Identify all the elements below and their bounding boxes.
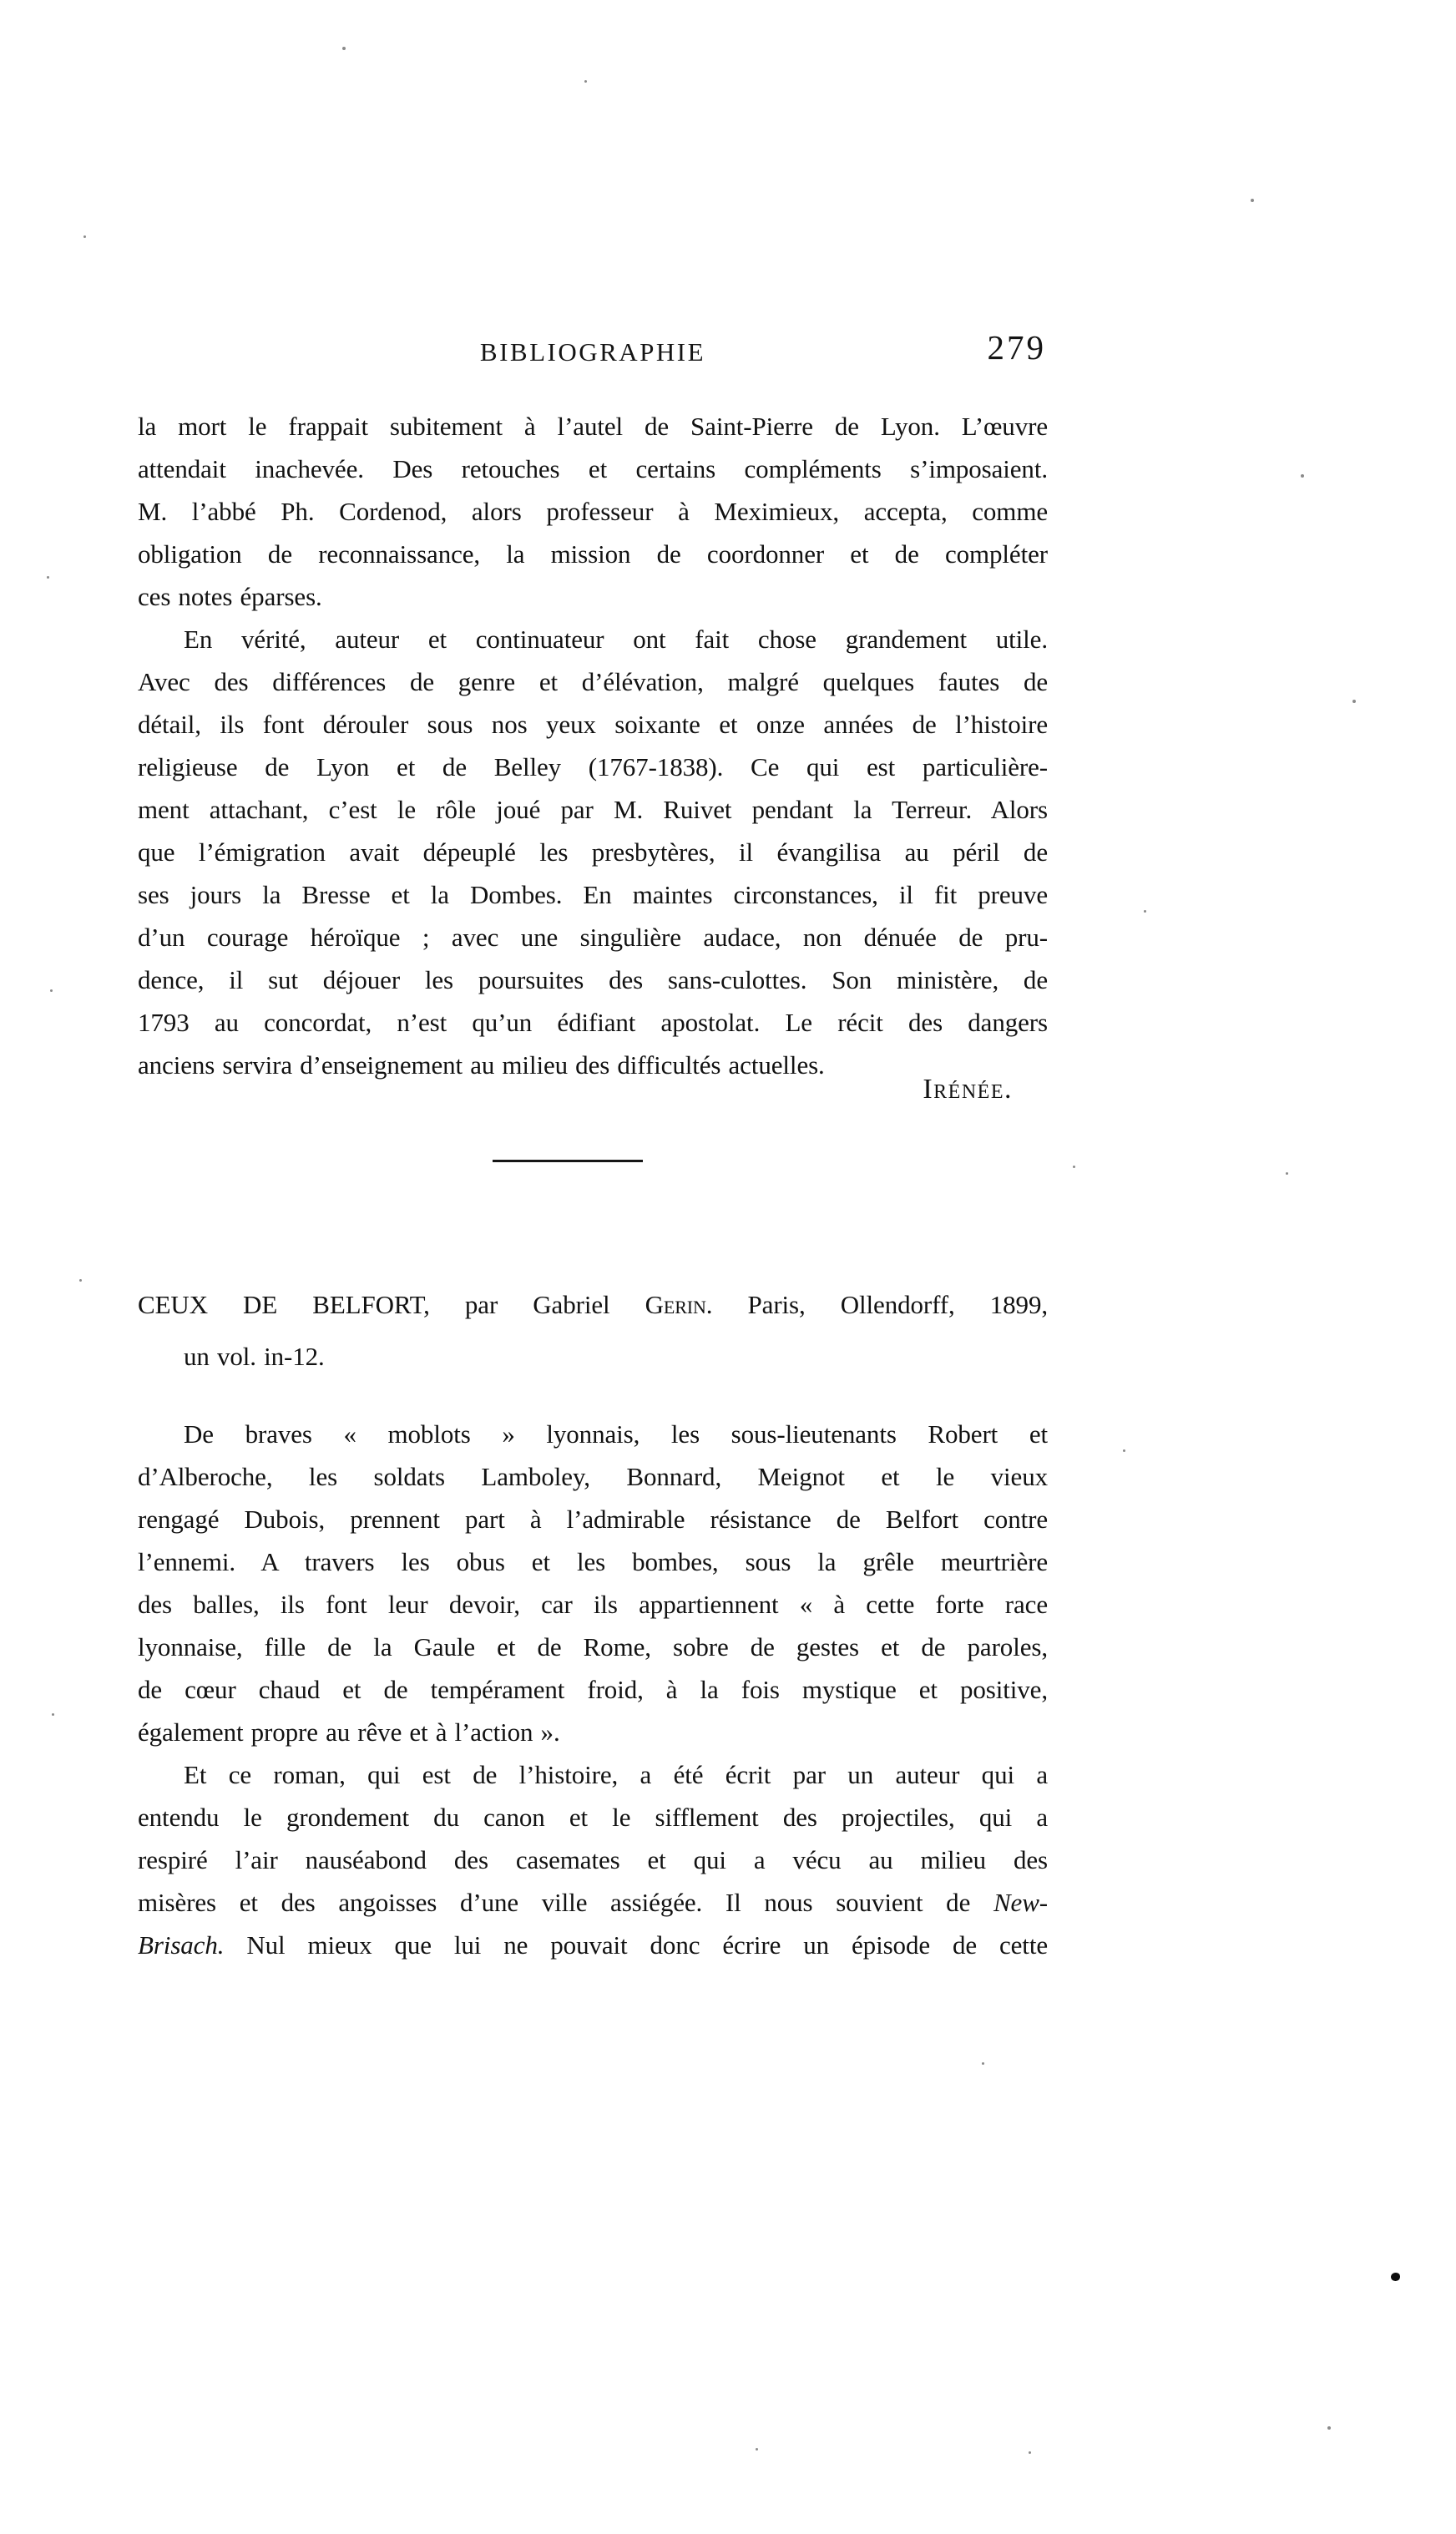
- page-number: 279: [988, 327, 1047, 367]
- section-divider-rule: [493, 1160, 643, 1162]
- scan-speck: [1073, 1166, 1075, 1168]
- text-line: dence, il sut déjouer les poursuites des…: [138, 958, 1048, 1001]
- scan-speck: [50, 989, 53, 992]
- publisher-and-year: . Paris, Ollendorff, 1899,: [706, 1290, 1048, 1319]
- scan-speck: [1301, 474, 1304, 478]
- text-line: ces notes éparses.: [138, 575, 1048, 618]
- scan-speck: [584, 80, 587, 83]
- review-text-block: De braves « moblots » lyonnais, les sous…: [138, 1413, 1048, 1966]
- review-text-block: la mort le frappait subitement à l’autel…: [138, 405, 1048, 1086]
- text-line: d’Alberoche, les soldats Lamboley, Bonna…: [138, 1455, 1048, 1498]
- text-line: la mort le frappait subitement à l’autel…: [138, 405, 1048, 448]
- scan-speck: [79, 1279, 82, 1282]
- text-line: Et ce roman, qui est de l’histoire, a ét…: [138, 1753, 1048, 1796]
- text-line: détail, ils font dérouler sous nos yeux …: [138, 703, 1048, 746]
- book-reference-italic: Brisach.: [138, 1930, 224, 1960]
- text-line: de cœur chaud et de tempérament froid, à…: [138, 1668, 1048, 1711]
- scan-speck: [1327, 2426, 1331, 2430]
- book-title-and-author: CEUX DE BELFORT, par Gabriel: [138, 1290, 645, 1319]
- text-segment: Nul mieux que lui ne pouvait donc écrire…: [224, 1930, 1048, 1960]
- text-line: ses jours la Bresse et la Dombes. En mai…: [138, 873, 1048, 916]
- book-entry-heading: CEUX DE BELFORT, par Gabriel Gerin. Pari…: [138, 1279, 1048, 1383]
- text-line: De braves « moblots » lyonnais, les sous…: [138, 1413, 1048, 1455]
- scan-speck: [756, 2448, 758, 2451]
- book-reference-italic: New-: [993, 1888, 1048, 1917]
- text-line: M. l’abbé Ph. Cordenod, alors professeur…: [138, 490, 1048, 533]
- text-line: En vérité, auteur et continuateur ont fa…: [138, 618, 1048, 660]
- book-entry-title-line: CEUX DE BELFORT, par Gabriel Gerin. Pari…: [138, 1279, 1048, 1331]
- scan-speck: [1286, 1172, 1288, 1175]
- scan-speck: [1029, 2451, 1031, 2454]
- text-line: respiré l’air nauséabond des casemates e…: [138, 1839, 1048, 1881]
- running-head: BIBLIOGRAPHIE 279: [138, 332, 1048, 369]
- scanned-book-page: BIBLIOGRAPHIE 279 la mort le frappait su…: [0, 0, 1456, 2534]
- scan-speck: [342, 47, 346, 50]
- text-line: 1793 au concordat, n’est qu’un édifiant …: [138, 1001, 1048, 1044]
- scan-speck: [982, 2062, 984, 2065]
- text-line: rengagé Dubois, prennent part à l’admira…: [138, 1498, 1048, 1540]
- text-line: misères et des angoisses d’une ville ass…: [138, 1881, 1048, 1924]
- text-line: attendait inachevée. Des retouches et ce…: [138, 448, 1048, 490]
- text-line: lyonnaise, fille de la Gaule et de Rome,…: [138, 1626, 1048, 1668]
- ink-spot: [1391, 2273, 1400, 2281]
- text-line: également propre au rêve et à l’action »…: [138, 1711, 1048, 1753]
- text-line: l’ennemi. A travers les obus et les bomb…: [138, 1540, 1048, 1583]
- text-line: religieuse de Lyon et de Belley (1767-18…: [138, 746, 1048, 788]
- text-line: d’un courage héroïque ; avec une singuli…: [138, 916, 1048, 958]
- text-line: Avec des différences de genre et d’éléva…: [138, 660, 1048, 703]
- scan-speck: [47, 576, 49, 579]
- text-line: que l’émigration avait dépeuplé les pres…: [138, 831, 1048, 873]
- scan-speck: [83, 235, 86, 238]
- scan-speck: [1352, 700, 1356, 703]
- text-segment: misères et des angoisses d’une ville ass…: [138, 1888, 993, 1917]
- scan-speck: [1251, 199, 1254, 202]
- book-entry-format-line: un vol. in-12.: [138, 1331, 1048, 1383]
- scan-speck: [52, 1713, 54, 1716]
- scan-speck: [1144, 910, 1146, 913]
- text-line: ment attachant, c’est le rôle joué par M…: [138, 788, 1048, 831]
- text-line: obligation de reconnaissance, la mission…: [138, 533, 1048, 575]
- author-surname: Gerin: [645, 1290, 706, 1319]
- reviewer-signature: Irénée.: [138, 1074, 1048, 1105]
- page-title: BIBLIOGRAPHIE: [138, 337, 1048, 367]
- text-line: des balles, ils font leur devoir, car il…: [138, 1583, 1048, 1626]
- text-line: entendu le grondement du canon et le sif…: [138, 1796, 1048, 1839]
- text-line: Brisach. Nul mieux que lui ne pouvait do…: [138, 1924, 1048, 1966]
- scan-speck: [1123, 1449, 1125, 1452]
